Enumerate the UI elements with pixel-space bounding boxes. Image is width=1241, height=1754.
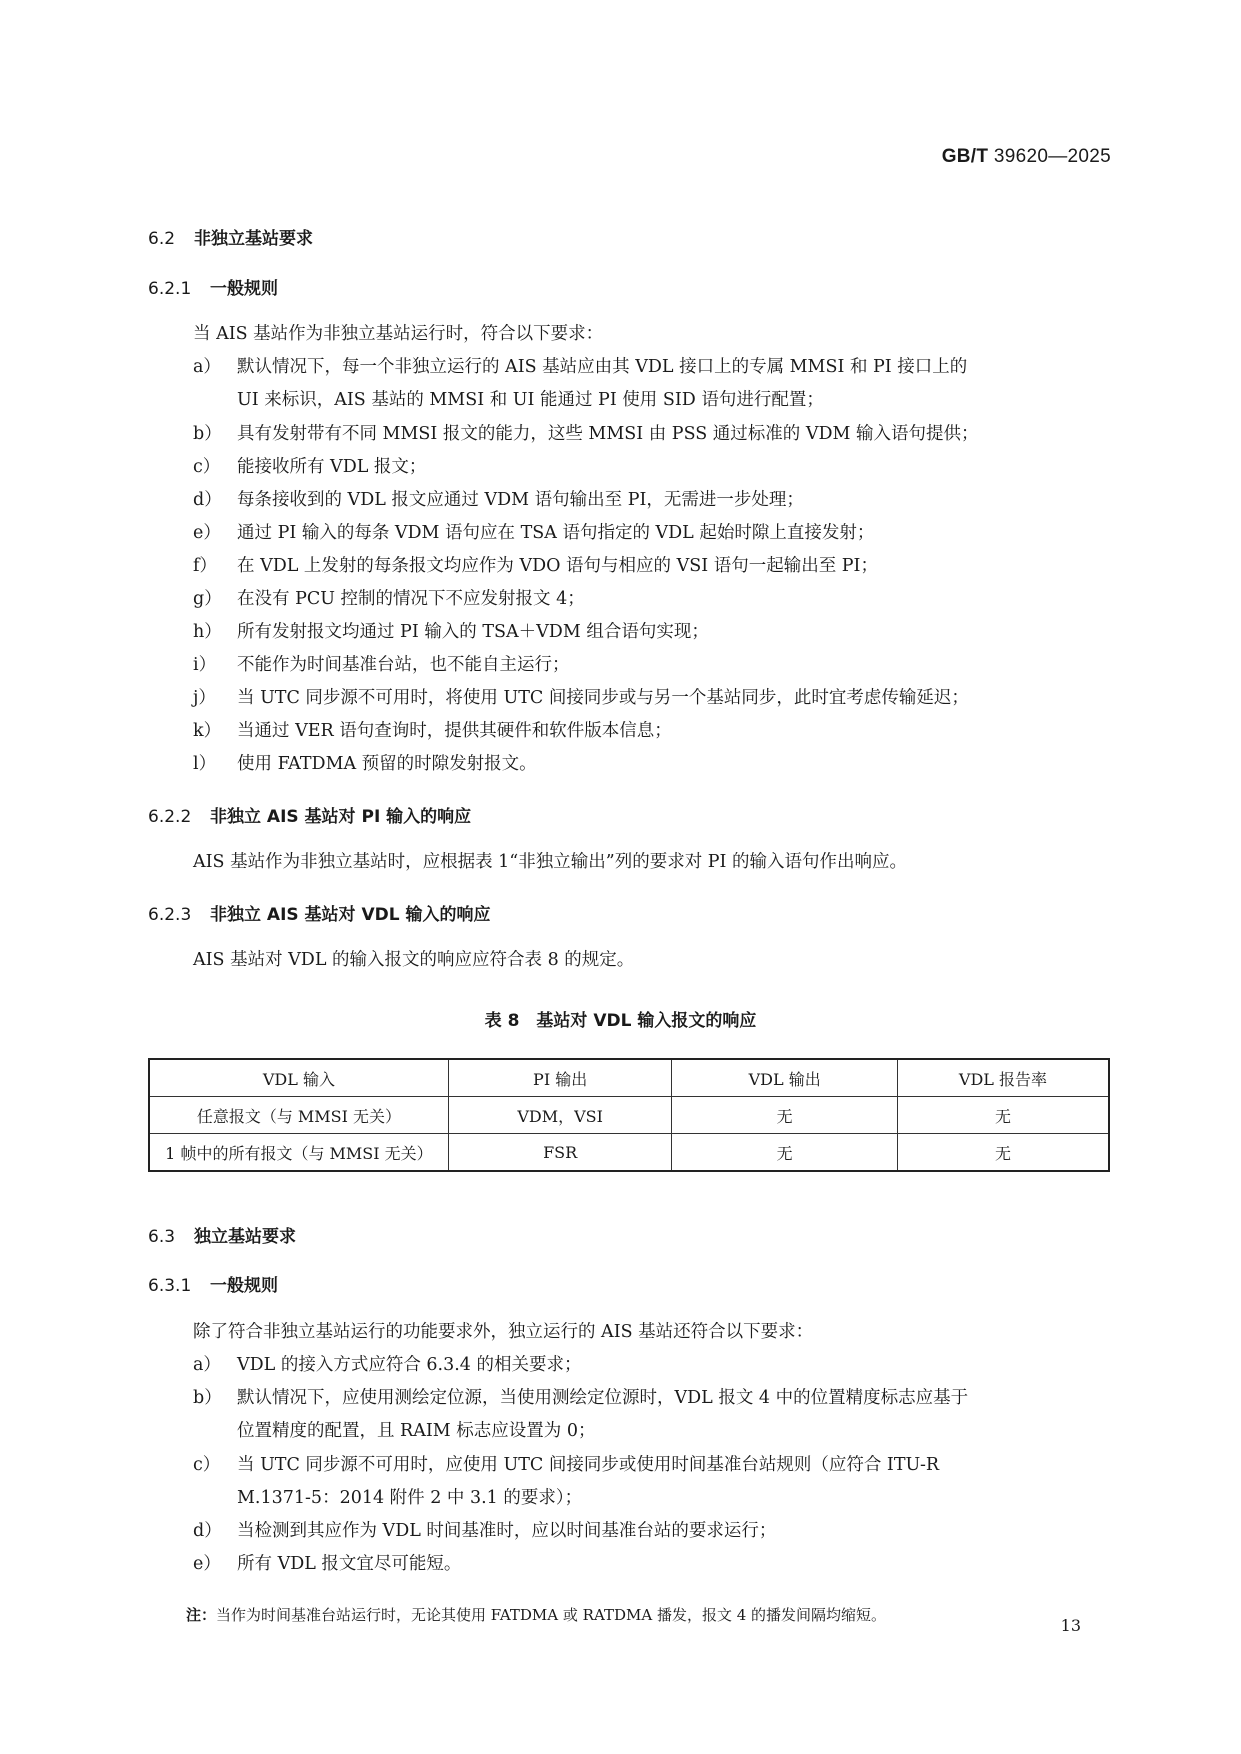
table-header-row: VDL 输入 PI 输出 VDL 输出 VDL 报告率	[149, 1059, 1109, 1097]
list-item-l: l）使用 FATDMA 预留的时隙发射报文。	[193, 750, 537, 775]
list-item-c: c）当 UTC 同步源不可用时，应使用 UTC 间接同步或使用时间基准台站规则（…	[193, 1451, 939, 1476]
page-number: 13	[1061, 1616, 1081, 1635]
list-item-b: b）具有发射带有不同 MMSI 报文的能力，这些 MMSI 由 PSS 通过标准…	[193, 420, 979, 445]
list-item-e: e）通过 PI 输入的每条 VDM 语句应在 TSA 语句指定的 VDL 起始时…	[193, 519, 874, 544]
standard-code: GB/T 39620—2025	[942, 146, 1111, 168]
heading-6-2: 6.2非独立基站要求	[148, 224, 313, 249]
list-item-b-cont: 位置精度的配置，且 RAIM 标志应设置为 0；	[237, 1417, 595, 1442]
note-label: 注：	[186, 1606, 216, 1624]
list-item-b: b）默认情况下，应使用测绘定位源，当使用测绘定位源时，VDL 报文 4 中的位置…	[193, 1384, 968, 1409]
list-item-a-cont: UI 来标识，AIS 基站的 MMSI 和 UI 能通过 PI 使用 SID 语…	[237, 386, 824, 411]
table-row: 1 帧中的所有报文（与 MMSI 无关） FSR 无 无	[149, 1134, 1109, 1172]
list-item-e: e）所有 VDL 报文宜尽可能短。	[193, 1550, 461, 1575]
table-header-cell: PI 输出	[448, 1059, 672, 1097]
list-item-a: a）默认情况下，每一个非独立运行的 AIS 基站应由其 VDL 接口上的专属 M…	[193, 353, 967, 378]
heading-6-3: 6.3独立基站要求	[148, 1222, 296, 1247]
heading-6-3-1: 6.3.1一般规则	[148, 1271, 278, 1296]
standard-prefix: GB/T	[942, 146, 989, 167]
table-cell: 无	[897, 1097, 1109, 1134]
note: 注：当作为时间基准台站运行时，无论其使用 FATDMA 或 RATDMA 播发，…	[186, 1604, 886, 1625]
table-8: VDL 输入 PI 输出 VDL 输出 VDL 报告率 任意报文（与 MMSI …	[148, 1058, 1110, 1172]
list-item-f: f）在 VDL 上发射的每条报文均应作为 VDO 语句与相应的 VSI 语句一起…	[193, 552, 878, 577]
table-header-cell: VDL 输出	[672, 1059, 898, 1097]
paragraph-6-2-3: AIS 基站对 VDL 的输入报文的响应应符合表 8 的规定。	[193, 946, 634, 971]
list-item-j: j）当 UTC 同步源不可用时，将使用 UTC 间接同步或与另一个基站同步，此时…	[193, 684, 969, 709]
list-item-d: d）当检测到其应作为 VDL 时间基准时，应以时间基准台站的要求运行；	[193, 1517, 776, 1542]
table-cell: VDM，VSI	[448, 1097, 672, 1134]
heading-6-2-1: 6.2.1一般规则	[148, 274, 278, 299]
paragraph-6-2-2: AIS 基站作为非独立基站时，应根据表 1“非独立输出”列的要求对 PI 的输入…	[193, 848, 907, 873]
table-cell: 任意报文（与 MMSI 无关）	[149, 1097, 448, 1134]
list-item-a: a）VDL 的接入方式应符合 6.3.4 的相关要求；	[193, 1351, 582, 1376]
table-caption: 表 8 基站对 VDL 输入报文的响应	[0, 1006, 1241, 1031]
table-header-cell: VDL 报告率	[897, 1059, 1109, 1097]
standard-number: 39620—2025	[994, 146, 1111, 167]
list-item-h: h）所有发射报文均通过 PI 输入的 TSA＋VDM 组合语句实现；	[193, 618, 709, 643]
heading-6-2-2: 6.2.2非独立 AIS 基站对 PI 输入的响应	[148, 802, 471, 827]
heading-6-2-3: 6.2.3非独立 AIS 基站对 VDL 输入的响应	[148, 900, 491, 925]
list-item-d: d）每条接收到的 VDL 报文应通过 VDM 语句输出至 PI，无需进一步处理；	[193, 486, 804, 511]
table-cell: FSR	[448, 1134, 672, 1172]
table-header-cell: VDL 输入	[149, 1059, 448, 1097]
paragraph-intro-6-2-1: 当 AIS 基站作为非独立基站运行时，符合以下要求：	[193, 320, 603, 345]
list-item-g: g）在没有 PCU 控制的情况下不应发射报文 4；	[193, 585, 585, 610]
list-item-i: i）不能作为时间基准台站，也不能自主运行；	[193, 651, 570, 676]
list-item-k: k）当通过 VER 语句查询时，提供其硬件和软件版本信息；	[193, 717, 672, 742]
table-cell: 无	[672, 1097, 898, 1134]
note-text: 当作为时间基准台站运行时，无论其使用 FATDMA 或 RATDMA 播发，报文…	[216, 1606, 886, 1624]
list-item-c: c）能接收所有 VDL 报文；	[193, 453, 426, 478]
paragraph-intro-6-3-1: 除了符合非独立基站运行的功能要求外，独立运行的 AIS 基站还符合以下要求：	[193, 1318, 813, 1343]
table-cell: 无	[672, 1134, 898, 1172]
table-cell: 无	[897, 1134, 1109, 1172]
list-item-c-cont: M.1371-5：2014 附件 2 中 3.1 的要求）；	[237, 1484, 582, 1509]
table-cell: 1 帧中的所有报文（与 MMSI 无关）	[149, 1134, 448, 1172]
table-row: 任意报文（与 MMSI 无关） VDM，VSI 无 无	[149, 1097, 1109, 1134]
